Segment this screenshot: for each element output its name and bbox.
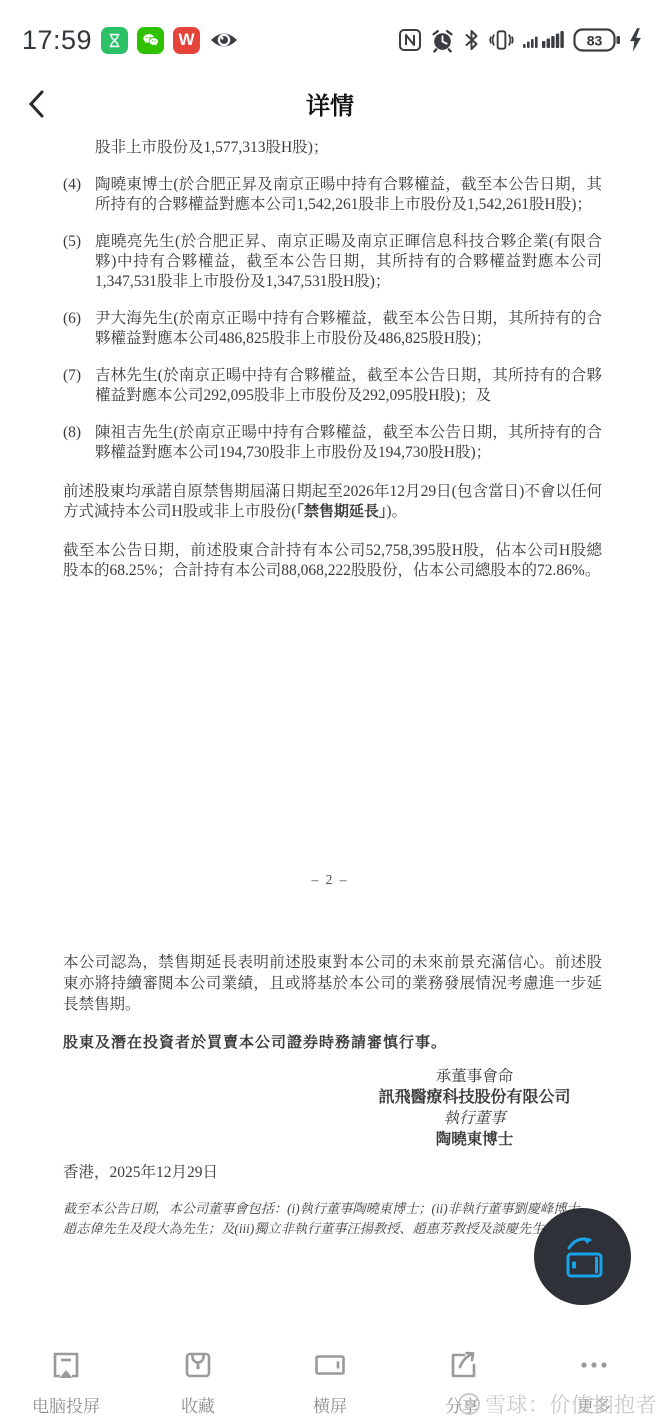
toolbar-landscape[interactable]: 横屏 xyxy=(264,1330,396,1425)
toolbar-label: 电脑投屏 xyxy=(32,1392,100,1417)
item-text: 鹿曉亮先生(於合肥正昇、南京正暘及南京正暉信息科技合夥企業(有限合夥)中持有合夥… xyxy=(95,232,602,292)
doc-paragraph-confidence: 本公司認為，禁售期延長表明前述股東對本公司的未來前景充滿信心。前述股東亦將持續審… xyxy=(63,952,602,1015)
lockup-extension-term: 「禁售期延長」 xyxy=(296,503,386,520)
by-order-line: 承董事會命 xyxy=(347,1066,602,1087)
toolbar-share[interactable]: 分享 xyxy=(396,1330,528,1425)
item-text: 尹大海先生(於南京正暘中持有合夥權益，截至本公告日期，其所持有的合夥權益對應本公… xyxy=(95,309,602,349)
toolbar-more[interactable]: 更多 xyxy=(528,1330,660,1425)
share-icon xyxy=(444,1347,480,1383)
doc-continuation-line: 股非上市股份及1,577,313股H股)； xyxy=(63,138,602,158)
company-name: 訊飛醫療科技股份有限公司 xyxy=(347,1087,602,1108)
toolbar-label: 横屏 xyxy=(313,1392,347,1417)
investor-warning: 股東及潛在投資者於買賣本公司證券時務請審慎行事。 xyxy=(63,1032,602,1053)
battery-icon: 83 xyxy=(573,27,621,53)
w-app-icon: W xyxy=(173,27,200,54)
document-page-2: 本公司認為，禁售期延長表明前述股東對本公司的未來前景充滿信心。前述股東亦將持續審… xyxy=(63,952,602,1239)
signal-bars-icon xyxy=(523,28,565,52)
item-number: (8) xyxy=(63,423,95,463)
cast-screen-icon xyxy=(48,1347,84,1383)
timer-app-icon xyxy=(101,27,128,54)
rotate-phone-icon xyxy=(554,1228,612,1286)
toolbar-label: 收藏 xyxy=(181,1392,215,1417)
page-number: – 2 – xyxy=(0,872,660,888)
toolbar-favorite[interactable]: 收藏 xyxy=(132,1330,264,1425)
nfc-icon xyxy=(398,28,422,52)
toolbar-label: 更多 xyxy=(577,1392,611,1417)
date-line: 香港，2025年12月29日 xyxy=(63,1162,602,1183)
page-title: 详情 xyxy=(0,86,660,121)
doc-paragraph-lockup: 前述股東均承諾自原禁售期屆滿日期起至2026年12月29日(包含當日)不會以任何… xyxy=(63,482,602,522)
w-app-letter: W xyxy=(179,30,195,50)
battery-level-text: 83 xyxy=(587,33,603,49)
item-text: 陳祖吉先生(於南京正暘中持有合夥權益，截至本公告日期，其所持有的合夥權益對應本公… xyxy=(95,423,602,463)
item-text: 吉林先生(於南京正暘中持有合夥權益，截至本公告日期，其所持有的合夥權益對應本公司… xyxy=(95,366,602,406)
item-number: (5) xyxy=(63,232,95,292)
eye-icon xyxy=(209,29,239,51)
clock-time: 17:59 xyxy=(22,25,92,56)
signer-name: 陶曉東博士 xyxy=(347,1129,602,1150)
doc-item-8: (8) 陳祖吉先生(於南京正暘中持有合夥權益，截至本公告日期，其所持有的合夥權益… xyxy=(63,423,602,463)
bluetooth-icon xyxy=(463,28,480,52)
item-number: (7) xyxy=(63,366,95,406)
app-header: 详情 xyxy=(0,70,660,136)
back-button[interactable] xyxy=(18,84,54,124)
item-number: (6) xyxy=(63,309,95,349)
doc-item-5: (5) 鹿曉亮先生(於合肥正昇、南京正暘及南京正暉信息科技合夥企業(有限合夥)中… xyxy=(63,232,602,292)
item-text: 陶曉東博士(於合肥正昇及南京正暘中持有合夥權益，截至本公告日期，其所持有的合夥權… xyxy=(95,175,602,215)
status-bar: 17:59 W xyxy=(0,0,660,70)
doc-item-7: (7) 吉林先生(於南京正暘中持有合夥權益，截至本公告日期，其所持有的合夥權益對… xyxy=(63,366,602,406)
rotate-landscape-button[interactable] xyxy=(534,1208,631,1305)
bottom-toolbar: 电脑投屏 收藏 横屏 分享 更多 xyxy=(0,1330,660,1425)
signature-block: 承董事會命 訊飛醫療科技股份有限公司 執行董事 陶曉東博士 xyxy=(347,1066,602,1150)
screen: 17:59 W xyxy=(0,0,660,1425)
wechat-app-icon xyxy=(137,27,164,54)
doc-item-4: (4) 陶曉東博士(於合肥正昇及南京正暘中持有合夥權益，截至本公告日期，其所持有… xyxy=(63,175,602,215)
signer-title: 執行董事 xyxy=(347,1108,602,1129)
board-footnote: 截至本公告日期，本公司董事會包括：(i)執行董事陶曉東博士；(ii)非執行董事劉… xyxy=(63,1199,602,1239)
landscape-icon xyxy=(312,1347,348,1383)
toolbar-cast-screen[interactable]: 电脑投屏 xyxy=(0,1330,132,1425)
paragraph-text: )。 xyxy=(386,503,407,520)
more-dots-icon xyxy=(576,1347,612,1383)
favorite-box-icon xyxy=(180,1347,216,1383)
chevron-left-icon xyxy=(25,89,47,119)
doc-item-6: (6) 尹大海先生(於南京正暘中持有合夥權益，截至本公告日期，其所持有的合夥權益… xyxy=(63,309,602,349)
doc-paragraph-holdings: 截至本公告日期，前述股東合計持有本公司52,758,395股H股，佔本公司H股總… xyxy=(63,541,602,581)
item-number: (4) xyxy=(63,175,95,215)
alarm-icon xyxy=(430,28,455,53)
vibrate-icon xyxy=(488,28,515,52)
toolbar-label: 分享 xyxy=(445,1392,479,1417)
charging-bolt-icon xyxy=(629,28,642,52)
